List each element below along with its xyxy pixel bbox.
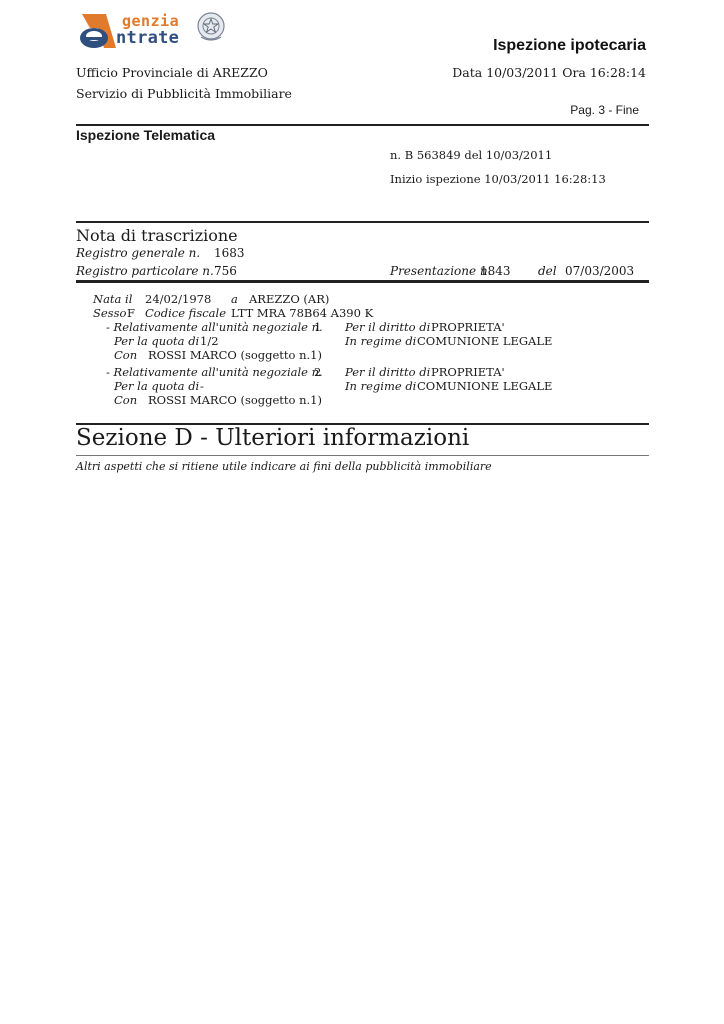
codice-fiscale-label: Codice fiscale	[145, 306, 226, 320]
unit-rel-label: - Relativamente all'unità negoziale n.	[106, 320, 323, 334]
header-divider	[76, 124, 649, 126]
del-value: 07/03/2003	[565, 264, 634, 278]
unit-diritto-value: PROPRIETA'	[431, 320, 505, 334]
page-number: Pag. 3 - Fine	[570, 103, 639, 117]
inspection-title: Ispezione Telematica	[76, 127, 215, 143]
unit-diritto-value: PROPRIETA'	[431, 365, 505, 379]
sesso-label: Sesso	[93, 306, 126, 320]
registro-particolare-value: 756	[214, 264, 237, 278]
date-time: Data 10/03/2011 Ora 16:28:14	[452, 65, 646, 80]
unit-regime-label: In regime di	[345, 334, 416, 348]
sesso-value: F	[127, 306, 135, 320]
luogo-value: AREZZO (AR)	[249, 292, 329, 306]
codice-fiscale-value: LTT MRA 78B64 A390 K	[231, 306, 373, 320]
unit-diritto-label: Per il diritto di	[345, 320, 430, 334]
office-name: Ufficio Provinciale di AREZZO	[76, 65, 268, 80]
unit-rel-label: - Relativamente all'unità negoziale n.	[106, 365, 323, 379]
del-label: del	[538, 264, 557, 278]
sezione-d-title: Sezione D - Ulteriori informazioni	[76, 425, 469, 451]
unit-regime-value: COMUNIONE LEGALE	[417, 334, 552, 348]
unit-quota-value: 1/2	[200, 334, 219, 348]
registro-particolare-label: Registro particolare n.	[76, 264, 214, 278]
nata-label: Nata il	[93, 292, 132, 306]
presentazione-label: Presentazione n.	[390, 264, 491, 278]
unit-quota-label: Per la quota di	[114, 334, 199, 348]
italian-republic-emblem-icon	[196, 10, 226, 44]
sezione-d-divider-bottom	[76, 455, 649, 456]
unit-regime-label: In regime di	[345, 379, 416, 393]
sezione-d-subtitle: Altri aspetti che si ritiene utile indic…	[76, 460, 492, 473]
document-title: Ispezione ipotecaria	[493, 37, 646, 55]
registro-generale-value: 1683	[214, 246, 245, 260]
presentazione-value: 1843	[480, 264, 511, 278]
unit-rel-value: 2	[314, 365, 321, 379]
inspection-number: n. B 563849 del 10/03/2011	[390, 148, 552, 162]
nota-divider-bottom	[76, 280, 649, 283]
service-name: Servizio di Pubblicità Immobiliare	[76, 86, 292, 101]
unit-quota-value: -	[200, 379, 204, 393]
nota-divider-top	[76, 221, 649, 223]
unit-diritto-label: Per il diritto di	[345, 365, 430, 379]
nota-title: Nota di trascrizione	[76, 226, 238, 245]
unit-quota-label: Per la quota di	[114, 379, 199, 393]
unit-con-label: Con	[114, 393, 137, 407]
logo-text-ntrate: ntrate	[116, 28, 179, 48]
inspection-start: Inizio ispezione 10/03/2011 16:28:13	[390, 172, 606, 186]
agenzia-logo-mark-icon	[76, 10, 120, 50]
unit-con-label: Con	[114, 348, 137, 362]
unit-regime-value: COMUNIONE LEGALE	[417, 379, 552, 393]
nata-value: 24/02/1978	[145, 292, 211, 306]
unit-con-value: ROSSI MARCO (soggetto n.1)	[148, 393, 322, 407]
agenzia-entrate-logo: genzia ntrate	[76, 8, 232, 52]
unit-con-value: ROSSI MARCO (soggetto n.1)	[148, 348, 322, 362]
registro-generale-label: Registro generale n.	[76, 246, 200, 260]
luogo-label: a	[231, 292, 238, 306]
unit-rel-value: 1	[314, 320, 321, 334]
